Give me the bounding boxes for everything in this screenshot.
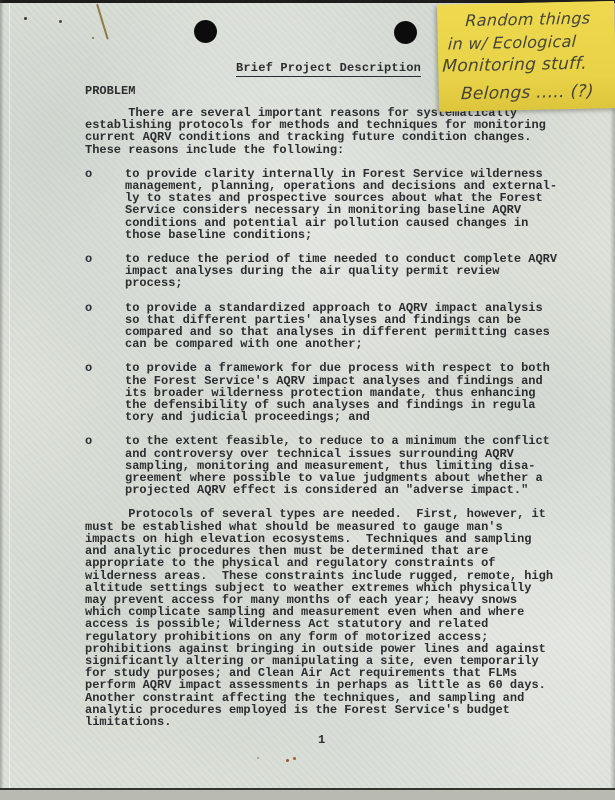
bullet-text: to reduce the period of time needed to c… [125, 253, 557, 290]
bullet-marker: o [85, 302, 125, 351]
sticky-note-text: Random thingsin w/ EcologicalMonitoring … [437, 6, 615, 107]
bullet-text: to provide clarity internally in Forest … [125, 168, 557, 241]
document-body: There are several important reasons for … [85, 107, 590, 728]
ink-speck [59, 20, 62, 23]
scanned-page: Brief Project Description PROBLEM There … [0, 0, 615, 800]
scan-edge-right [610, 0, 615, 800]
bullet-text: to the extent feasible, to reduce to a m… [125, 435, 550, 496]
paragraph-2: Protocols of several types are needed. F… [85, 508, 590, 728]
list-item: oto provide a framework for due process … [85, 362, 590, 423]
bullet-marker: o [85, 168, 125, 241]
sticky-note: Random thingsin w/ EcologicalMonitoring … [437, 1, 615, 112]
bullet-text: to provide a framework for due process w… [125, 362, 550, 423]
section-heading: PROBLEM [85, 84, 135, 98]
paragraph-1: There are several important reasons for … [85, 107, 590, 156]
list-item: oto provide clarity internally in Forest… [85, 168, 590, 241]
handwritten-line: Monitoring stuff. [442, 52, 615, 79]
bullet-marker: o [85, 435, 125, 496]
list-item: oto provide a standardized approach to A… [85, 302, 590, 351]
ink-speck [24, 17, 27, 20]
scan-edge-left [0, 0, 4, 800]
bullet-marker: o [85, 253, 125, 290]
ink-speck [257, 757, 259, 759]
bullet-marker: o [85, 362, 125, 423]
ink-speck [92, 37, 94, 39]
page-number: 1 [318, 733, 325, 747]
hole-punch-left [194, 20, 217, 43]
hole-punch-right [394, 21, 417, 44]
bullet-text: to provide a standardized approach to AQ… [125, 302, 550, 351]
list-item: oto reduce the period of time needed to … [85, 253, 590, 290]
ink-speck [293, 757, 296, 760]
paper-fold-line [9, 3, 10, 788]
bullet-list: oto provide clarity internally in Forest… [85, 168, 590, 497]
document-title: Brief Project Description [236, 61, 421, 77]
list-item: oto the extent feasible, to reduce to a … [85, 435, 590, 496]
scan-background-strip [0, 790, 615, 800]
handwritten-line: Belongs ..... (?) [460, 80, 615, 106]
handwritten-line: Random things [465, 6, 615, 32]
ink-speck [286, 759, 289, 762]
